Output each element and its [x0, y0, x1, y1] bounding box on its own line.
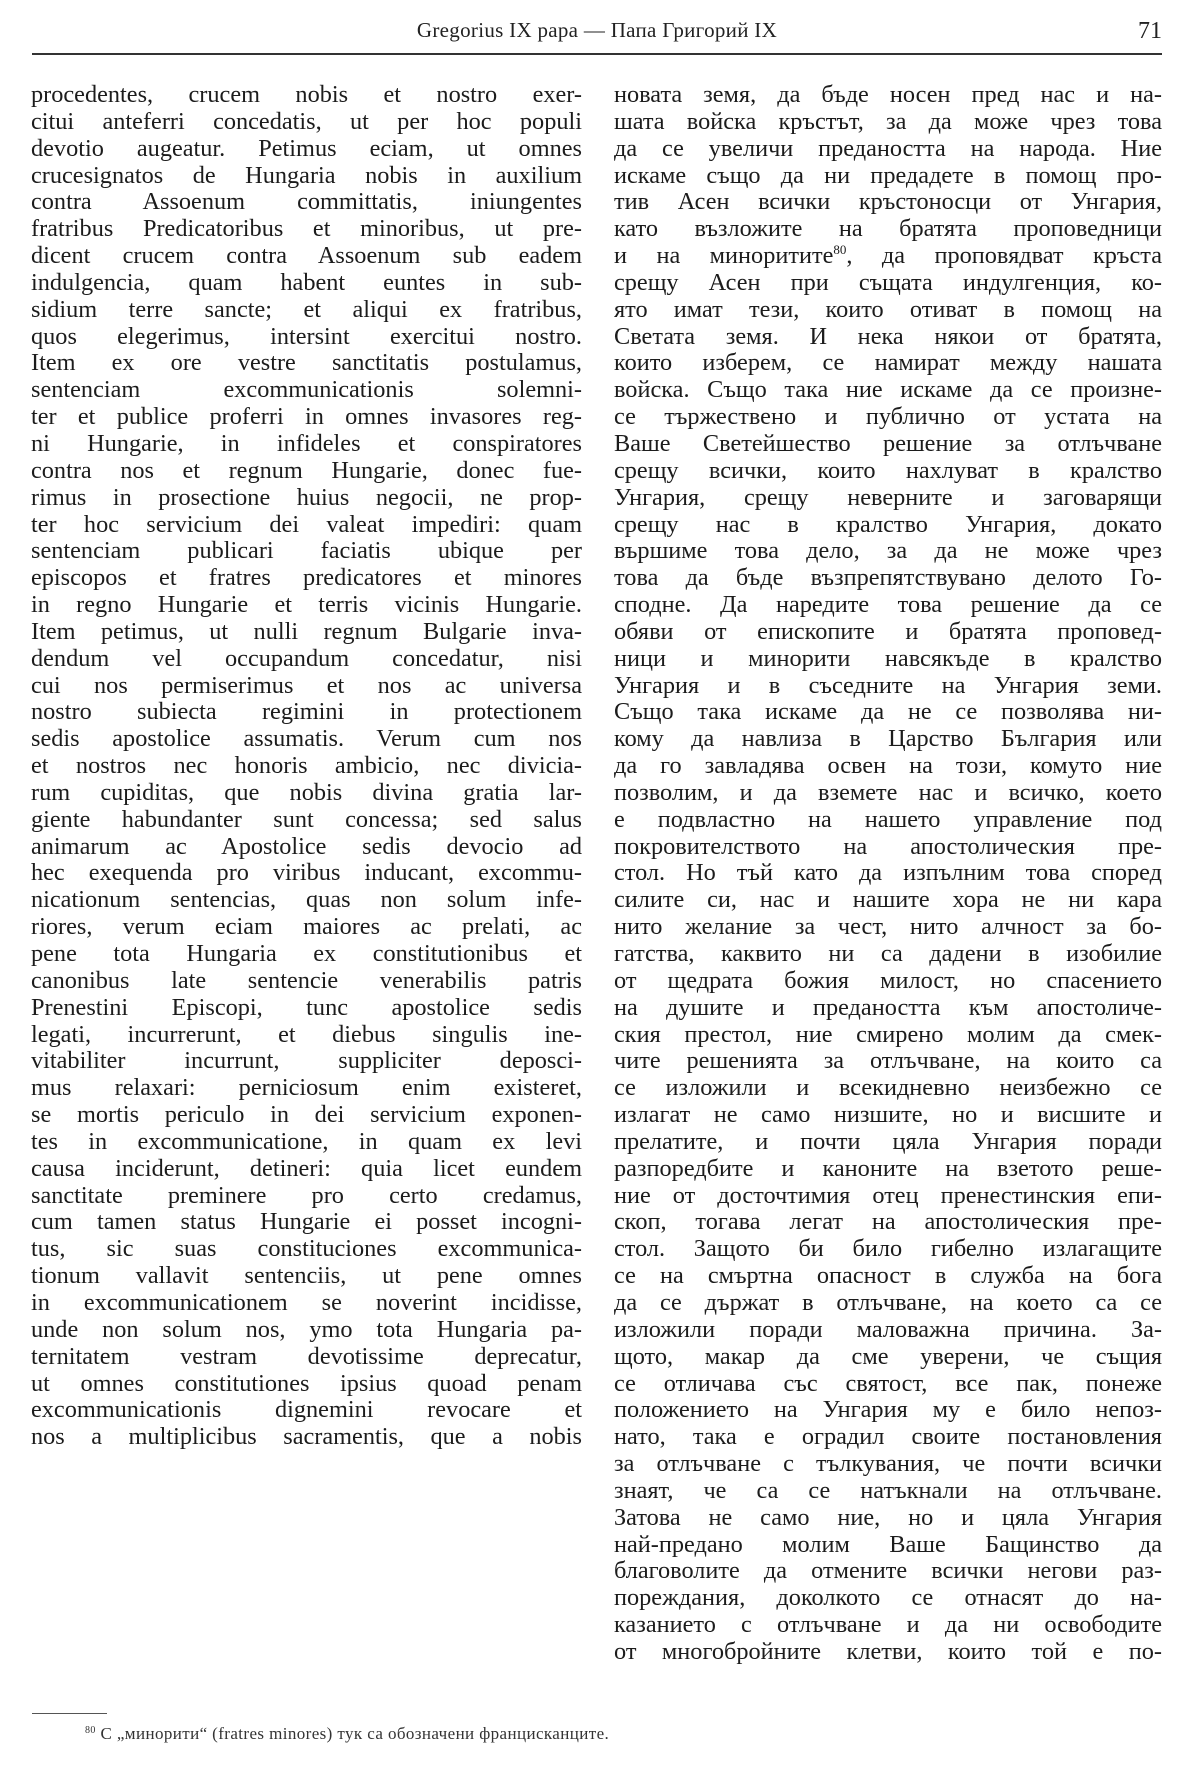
text-line: rum cupiditas, que nobis divina gratia l…	[31, 780, 582, 807]
text-line: шата войска кръстът, за да може чрез тов…	[614, 109, 1162, 136]
text-line: contra nos et regnum Hungarie, donec fue…	[31, 458, 582, 485]
text-line: Item petimus, ut nulli regnum Bulgarie i…	[31, 619, 582, 646]
text-line: legati, incurrerunt, et diebus singulis …	[31, 1022, 582, 1049]
text-line: sentenciam publicari faciatis ubique per	[31, 538, 582, 565]
text-line: devotio augeatur. Petimus eciam, ut omne…	[31, 136, 582, 163]
text-line: да се държат в отлъчване, на което са се	[614, 1290, 1162, 1317]
text-line: excommunicationis dignemini revocare et	[31, 1397, 582, 1424]
text-line: като възложите на братята проповедници	[614, 216, 1162, 243]
text-line: кому да навлиза в Царство България или	[614, 726, 1162, 753]
text-line: cui nos permiserimus et nos ac universa	[31, 673, 582, 700]
text-line: казанието с отлъчване и да ни освободите	[614, 1612, 1162, 1639]
text-line: se mortis periculo in dei servicium expo…	[31, 1102, 582, 1129]
text-line: и на минорититe80, да проповядват кръста	[614, 243, 1162, 270]
running-title: Gregorius IX papa — Папа Григорий IX	[32, 18, 1162, 43]
text-line: citui anteferri concedatis, ut per hoc p…	[31, 109, 582, 136]
text-line: обяви от епископите и братята проповед-	[614, 619, 1162, 646]
text-line: dicent crucem contra Assoenum sub eadem	[31, 243, 582, 270]
text-line: hec exequenda pro viribus inducant, exco…	[31, 860, 582, 887]
text-line: изложили поради маловажна причина. За-	[614, 1317, 1162, 1344]
text-line: чите решенията за отлъчване, на които са	[614, 1048, 1162, 1075]
text-line: вършиме това дело, за да не може чрез	[614, 538, 1162, 565]
text-line: indulgencia, quam habent euntes in sub-	[31, 270, 582, 297]
text-line: Prenestini Episcopi, tunc apostolice sed…	[31, 995, 582, 1022]
text-line: най-предано молим Ваше Бащинство да	[614, 1532, 1162, 1559]
text-line: unde non solum nos, ymo tota Hungaria pa…	[31, 1317, 582, 1344]
text-line: щото, макар да сме уверени, че същия	[614, 1344, 1162, 1371]
text-line: покровителството на апостолическия пре-	[614, 834, 1162, 861]
text-line: riores, verum eciam maiores ac prelati, …	[31, 914, 582, 941]
text-line: nos a multiplicibus sacramentis, que a n…	[31, 1424, 582, 1451]
latin-text-column: procedentes, crucem nobis et nostro exer…	[31, 82, 582, 1451]
text-line: sedis apostolice assumatis. Verum cum no…	[31, 726, 582, 753]
text-line: giente habundanter sunt concessa; sed sa…	[31, 807, 582, 834]
text-line: ние от досточтимия отец пренестинския еп…	[614, 1183, 1162, 1210]
text-line: mus relaxari: perniciosum enim existeret…	[31, 1075, 582, 1102]
text-line: pene tota Hungaria ex constitutionibus e…	[31, 941, 582, 968]
text-line: animarum ac Apostolice sedis devocio ad	[31, 834, 582, 861]
text-line: разпоредбите и каноните на взетото реше-	[614, 1156, 1162, 1183]
text-line: et nostros nec honoris ambicio, nec divi…	[31, 753, 582, 780]
text-line: стол. Но тъй като да изпълним това споре…	[614, 860, 1162, 887]
text-line: гатства, каквито ни са дадени в изобилие	[614, 941, 1162, 968]
footnote-reference[interactable]: 80	[833, 243, 846, 257]
text-fragment: и на минорититe	[614, 243, 833, 269]
text-line: tionum vallavit sentenciis, ut pene omne…	[31, 1263, 582, 1290]
footnote-marker: 80	[85, 1725, 96, 1736]
text-line: силите си, нас и нашите хора не ни кара	[614, 887, 1162, 914]
text-line: Ваше Светейшество решение за отлъчване	[614, 431, 1162, 458]
text-fragment: , да проповядват кръста	[846, 243, 1162, 269]
text-line: стол. Защото би било гибелно излагащите	[614, 1236, 1162, 1263]
text-line: ni Hungarie, in infideles et conspirator…	[31, 431, 582, 458]
text-line: contra Assoenum committatis, iniungentes	[31, 189, 582, 216]
text-line: това да бъде възпрепятствувано делото Го…	[614, 565, 1162, 592]
text-line: episcopos et fratres predicatores et min…	[31, 565, 582, 592]
text-line: procedentes, crucem nobis et nostro exer…	[31, 82, 582, 109]
text-line: благоволите да отмените всички негови ра…	[614, 1558, 1162, 1585]
text-line: ter hoc servicium dei valeat impediri: q…	[31, 512, 582, 539]
page-number: 71	[1138, 18, 1162, 45]
text-line: Също така искаме да не се позволява ни-	[614, 699, 1162, 726]
text-line: rimus in prosectione huius negocii, ne p…	[31, 485, 582, 512]
text-line: causa inciderunt, detineri: quia licet e…	[31, 1156, 582, 1183]
text-line: tes in excommunicatione, in quam ex levi	[31, 1129, 582, 1156]
text-line: ut omnes constitutiones ipsius quoad pen…	[31, 1371, 582, 1398]
text-line: cum tamen status Hungarie ei posset inco…	[31, 1209, 582, 1236]
text-line: fratribus Predicatoribus et minoribus, u…	[31, 216, 582, 243]
text-line: ския престол, ние смирено молим да смек-	[614, 1022, 1162, 1049]
text-line: Светата земя. И нека някои от братята,	[614, 324, 1162, 351]
text-line: нато, така е оградил своите постановлени…	[614, 1424, 1162, 1451]
text-line: dendum vel occupandum concedatur, nisi	[31, 646, 582, 673]
text-line: ter et publice proferri in omnes invasor…	[31, 404, 582, 431]
footnote-divider	[32, 1713, 107, 1714]
text-line: crucesignatos de Hungaria nobis in auxil…	[31, 163, 582, 190]
text-line: прелатите, и почти цяла Унгария поради	[614, 1129, 1162, 1156]
text-line: се тържествено и публично от устата на	[614, 404, 1162, 431]
text-line: nicationum sentencias, quas non solum in…	[31, 887, 582, 914]
text-line: quos elegerimus, intersint exercitui nos…	[31, 324, 582, 351]
text-line: войска. Също така ние искаме да се произ…	[614, 377, 1162, 404]
text-line: срещу всички, които нахлуват в кралство	[614, 458, 1162, 485]
page-header: Gregorius IX papa — Папа Григорий IX 71	[32, 18, 1162, 48]
text-line: Унгария и в съседните на Унгария земи.	[614, 673, 1162, 700]
text-line: от многобройните клетви, които той е по-	[614, 1639, 1162, 1666]
text-line: срещу нас в кралство Унгария, докато	[614, 512, 1162, 539]
text-line: sentenciam excommunicationis solemni-	[31, 377, 582, 404]
text-line: се отличава със святост, все пак, понеже	[614, 1371, 1162, 1398]
text-line: положението на Унгария му е било непоз-	[614, 1397, 1162, 1424]
text-line: sanctitate preminere pro certo credamus,	[31, 1183, 582, 1210]
text-line: на душите и предаността към апостоличе-	[614, 995, 1162, 1022]
footnote-text: С „минорити“ (fratres minores) тук са об…	[100, 1724, 609, 1743]
text-line: от щедрата божия милост, но спасението	[614, 968, 1162, 995]
text-line: които изберем, се намират между нашата	[614, 350, 1162, 377]
text-line: излагат не само низшите, но и висшите и	[614, 1102, 1162, 1129]
footnote: 80 С „минорити“ (fratres minores) тук са…	[85, 1724, 609, 1744]
text-line: да го завладява освен на този, комуто ни…	[614, 753, 1162, 780]
text-line: vitabiliter incurrunt, suppliciter depos…	[31, 1048, 582, 1075]
text-line: искаме също да ни предадете в помощ про-	[614, 163, 1162, 190]
text-line: canonibus late sentencie venerabilis pat…	[31, 968, 582, 995]
bulgarian-text-column: новата земя, да бъде носен пред нас и на…	[614, 82, 1162, 1666]
text-line: пореждания, доколкото се отнасят до на-	[614, 1585, 1162, 1612]
text-line: Унгария, срещу неверните и заговарящи	[614, 485, 1162, 512]
text-line: скоп, тогава легат на апостолическия пре…	[614, 1209, 1162, 1236]
text-line: се на смъртна опасност в служба на бога	[614, 1263, 1162, 1290]
text-line: се изложили и всекидневно неизбежно се	[614, 1075, 1162, 1102]
text-line: знаят, че са се натъкнали на отлъчване.	[614, 1478, 1162, 1505]
text-line: ници и минорити навсякъде в кралство	[614, 646, 1162, 673]
text-line: ternitatem vestram devotissime deprecatu…	[31, 1344, 582, 1371]
text-line: новата земя, да бъде носен пред нас и на…	[614, 82, 1162, 109]
text-line: Item ex ore vestre sanctitatis postulamu…	[31, 350, 582, 377]
text-line: да се увеличи предаността на народа. Ние	[614, 136, 1162, 163]
text-line: за отлъчване с тълкувания, че почти всич…	[614, 1451, 1162, 1478]
text-line: sidium terre sancte; et aliqui ex fratri…	[31, 297, 582, 324]
text-line: Затова не само ние, но и цяла Унгария	[614, 1505, 1162, 1532]
text-line: сподне. Да наредите това решение да се	[614, 592, 1162, 619]
text-line: ято имат тези, които отиват в помощ на	[614, 297, 1162, 324]
text-line: in regno Hungarie et terris vicinis Hung…	[31, 592, 582, 619]
text-line: нито желание за чест, нито алчност за бо…	[614, 914, 1162, 941]
text-line: е подвластно на нашето управление под	[614, 807, 1162, 834]
text-line: in excommunicationem se noverint incidis…	[31, 1290, 582, 1317]
text-line: tus, sic suas constituciones excommunica…	[31, 1236, 582, 1263]
text-line: срещу Асен при същата индулгенция, ко-	[614, 270, 1162, 297]
text-line: тив Асен всички кръстоносци от Унгария,	[614, 189, 1162, 216]
text-line: nostro subiecta regimini in protectionem	[31, 699, 582, 726]
header-divider	[32, 53, 1162, 55]
text-line: позволим, и да вземете нас и всичко, кое…	[614, 780, 1162, 807]
